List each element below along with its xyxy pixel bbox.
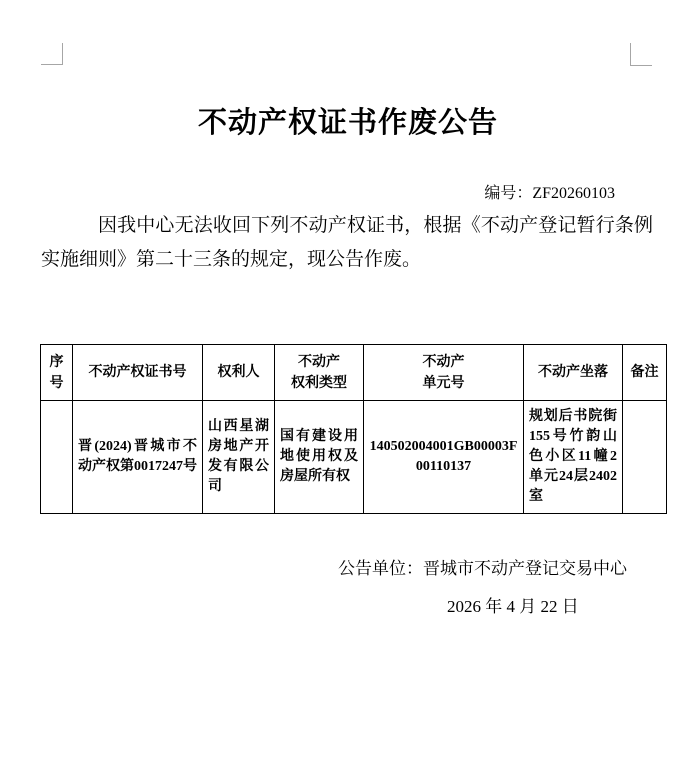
- body-paragraph: 因我中心无法收回下列不动产权证书，根据《不动产登记暂行条例实施细则》第二十三条的…: [41, 209, 653, 277]
- margin-mark-top-right: [630, 43, 652, 66]
- header-right-type: 不动产 权利类型: [275, 345, 364, 401]
- header-unit-no: 不动产 单元号: [364, 345, 524, 401]
- doc-number-value: ZF20260103: [532, 185, 615, 202]
- doc-number-label: 编号：: [484, 185, 532, 202]
- cell-location: 规划后书院街155号竹韵山色小区11幢2单元24层2402室: [524, 401, 623, 514]
- cell-certificate-no: 晋(2024)晋城市不动产权第0017247号: [73, 401, 203, 514]
- cell-unit-no: 140502004001GB00003F00110137: [364, 401, 524, 514]
- table-header-row: 序 号 不动产权证书号 权利人 不动产 权利类型 不动产 单元号 不动产坐落 备…: [41, 345, 667, 401]
- cell-remark: [623, 401, 667, 514]
- header-index: 序 号: [41, 345, 73, 401]
- header-remark: 备注: [623, 345, 667, 401]
- table-row: 晋(2024)晋城市不动产权第0017247号 山西星湖房地产开发有限公司 国有…: [41, 401, 667, 514]
- page-title: 不动产权证书作废公告: [0, 100, 696, 141]
- header-holder: 权利人: [203, 345, 275, 401]
- header-location: 不动产坐落: [524, 345, 623, 401]
- announcement-table: 序 号 不动产权证书号 权利人 不动产 权利类型 不动产 单元号 不动产坐落 备…: [40, 344, 667, 514]
- cell-holder: 山西星湖房地产开发有限公司: [203, 401, 275, 514]
- doc-number: 编号：ZF20260103: [484, 180, 615, 203]
- margin-mark-top-left: [41, 43, 63, 65]
- cell-index: [41, 401, 73, 514]
- footer-date: 2026 年 4 月 22 日: [447, 592, 579, 617]
- footer-unit: 公告单位：晋城市不动产登记交易中心: [338, 554, 627, 579]
- cell-right-type: 国有建设用地使用权及房屋所有权: [275, 401, 364, 514]
- header-certificate-no: 不动产权证书号: [73, 345, 203, 401]
- document-page: 不动产权证书作废公告 编号：ZF20260103 因我中心无法收回下列不动产权证…: [0, 0, 696, 783]
